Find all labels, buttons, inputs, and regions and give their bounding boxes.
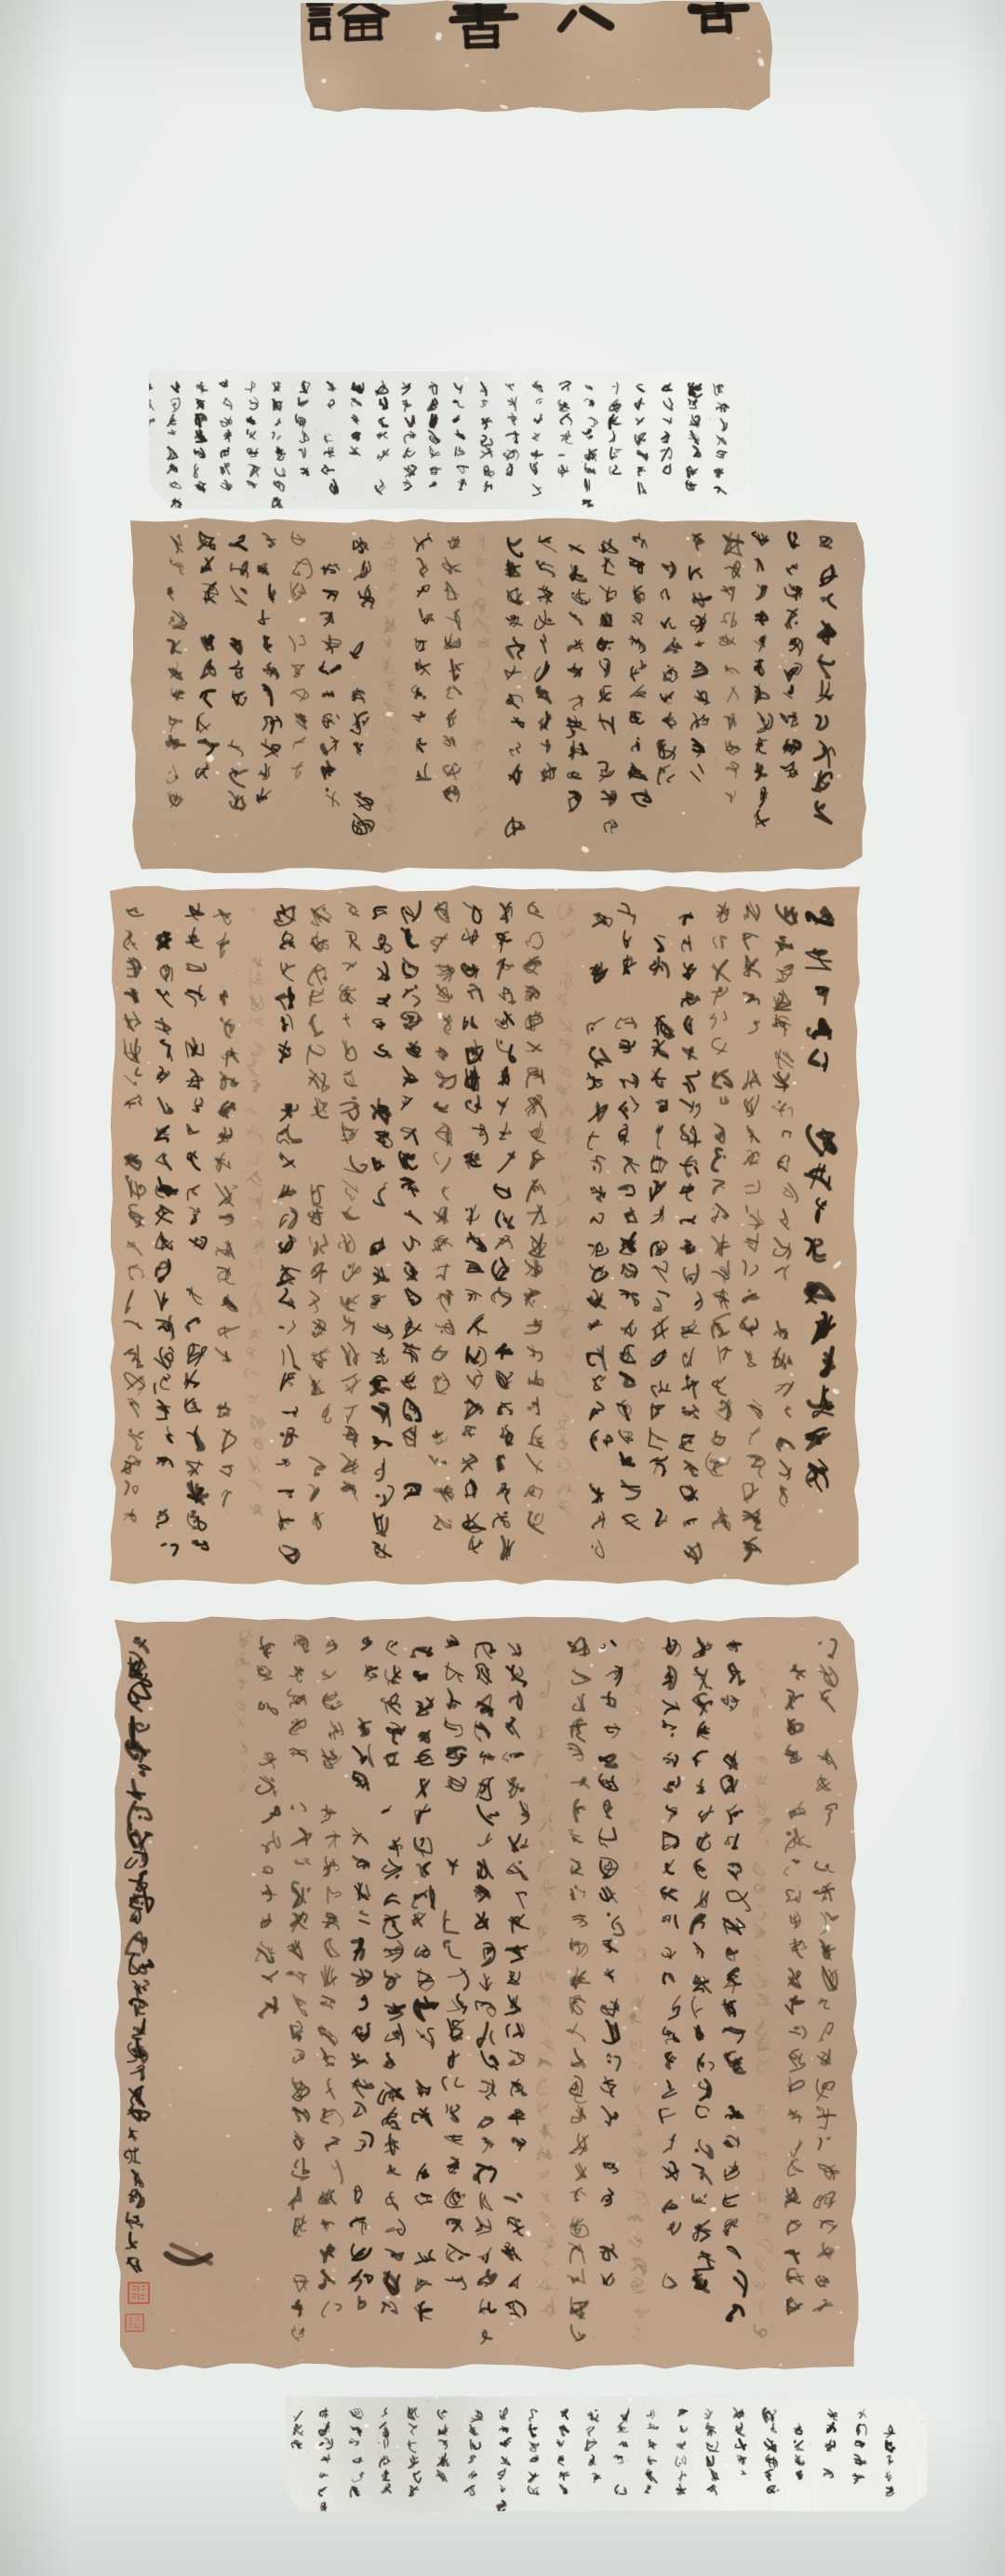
top-note-calligraphy-canvas (149, 371, 752, 509)
title-strip-calligraphy-canvas (301, 0, 773, 113)
bottom-annotation-sheet (286, 2396, 928, 2512)
calligraphy-panel-1 (130, 518, 867, 873)
calligraphy-scroll-scan: 古人書論 (0, 0, 1005, 2576)
calligraphy-panel-3 (114, 1616, 859, 2370)
title-strip (301, 0, 773, 113)
panel-3-calligraphy-canvas (114, 1616, 859, 2370)
artist-seal-lower (125, 2313, 144, 2332)
panel-1-calligraphy-canvas (130, 518, 867, 873)
bottom-note-calligraphy-canvas (286, 2396, 928, 2512)
calligraphy-panel-2 (110, 885, 860, 1585)
top-annotation-sheet (149, 371, 752, 509)
artist-seal-upper (127, 2282, 150, 2304)
panel-2-calligraphy-canvas (110, 885, 860, 1585)
